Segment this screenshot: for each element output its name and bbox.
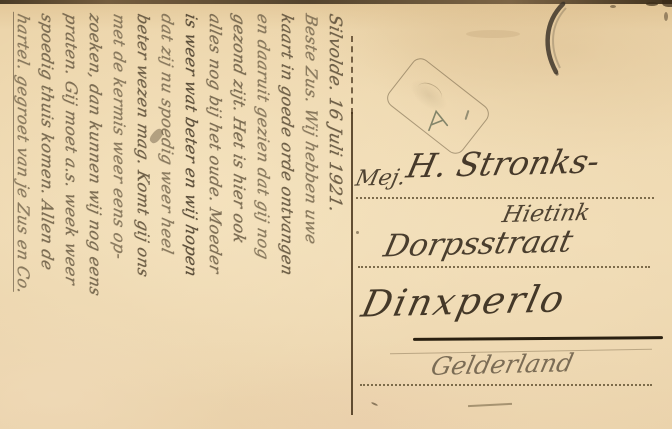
flourish-dash: [468, 403, 512, 407]
stamp-outline: [383, 54, 493, 158]
ink-speck: [371, 402, 378, 407]
address-rule-1: [356, 197, 654, 199]
address-town: Dinxperlo: [363, 280, 565, 323]
divider-line-dashed: [351, 36, 353, 114]
message-line: praten. Gij moet a.s. week weer: [59, 11, 83, 417]
scan-corner-smudge: [662, 0, 672, 7]
recipient-title: Mej.: [356, 166, 405, 191]
postcard-back: Silvolde. 16 Juli 1921. Beste Zus. Wij h…: [0, 0, 672, 429]
ink-smudge: [664, 12, 668, 21]
ink-speck: [356, 231, 359, 234]
message-signature-line: hartel. gegroet van je Zus en Co.: [11, 11, 35, 417]
message-line: alles nog bij het oude. Moeder: [203, 11, 227, 417]
message-block: Silvolde. 16 Juli 1921. Beste Zus. Wij h…: [11, 14, 347, 414]
message-line: beter wezen mag. Komt gij ons: [131, 11, 155, 417]
town-underline: [413, 336, 663, 340]
address-street: Dorpsstraat: [385, 226, 572, 262]
ink-smudge: [646, 2, 658, 6]
message-line: Beste Zus. Wij hebben uwe: [299, 11, 323, 417]
recipient-name: H. Stronks-: [408, 144, 599, 183]
divider-line: [351, 112, 353, 415]
address-region: Gelderland: [432, 350, 573, 379]
message-line: spoedig thuis komen. Allen de: [35, 11, 59, 417]
a-check-mark-icon: [424, 108, 454, 132]
message-line: kaart in goede orde ontvangen: [275, 11, 299, 417]
message-line: dat zij nu spoedig weer heel: [155, 11, 179, 417]
message-line: is weer wat beter en wij hopen: [179, 11, 203, 417]
address-rule-2: [358, 266, 650, 268]
message-line: en daaruit gezien dat gij nog: [251, 11, 275, 417]
paper-stain: [466, 30, 520, 38]
postmark-arc-icon: [533, 0, 577, 78]
message-line: Silvolde. 16 Juli 1921.: [323, 11, 347, 417]
message-line: zoeken, dan kunnen wij nog eens: [83, 11, 107, 417]
stamp-inner-smudge: [414, 79, 445, 106]
address-rule-3: [360, 384, 652, 386]
message-line: gezond zijt. Het is hier ook: [227, 11, 251, 417]
message-line: met de kermis weer eens op-: [107, 11, 131, 417]
ink-smudge: [610, 5, 616, 8]
